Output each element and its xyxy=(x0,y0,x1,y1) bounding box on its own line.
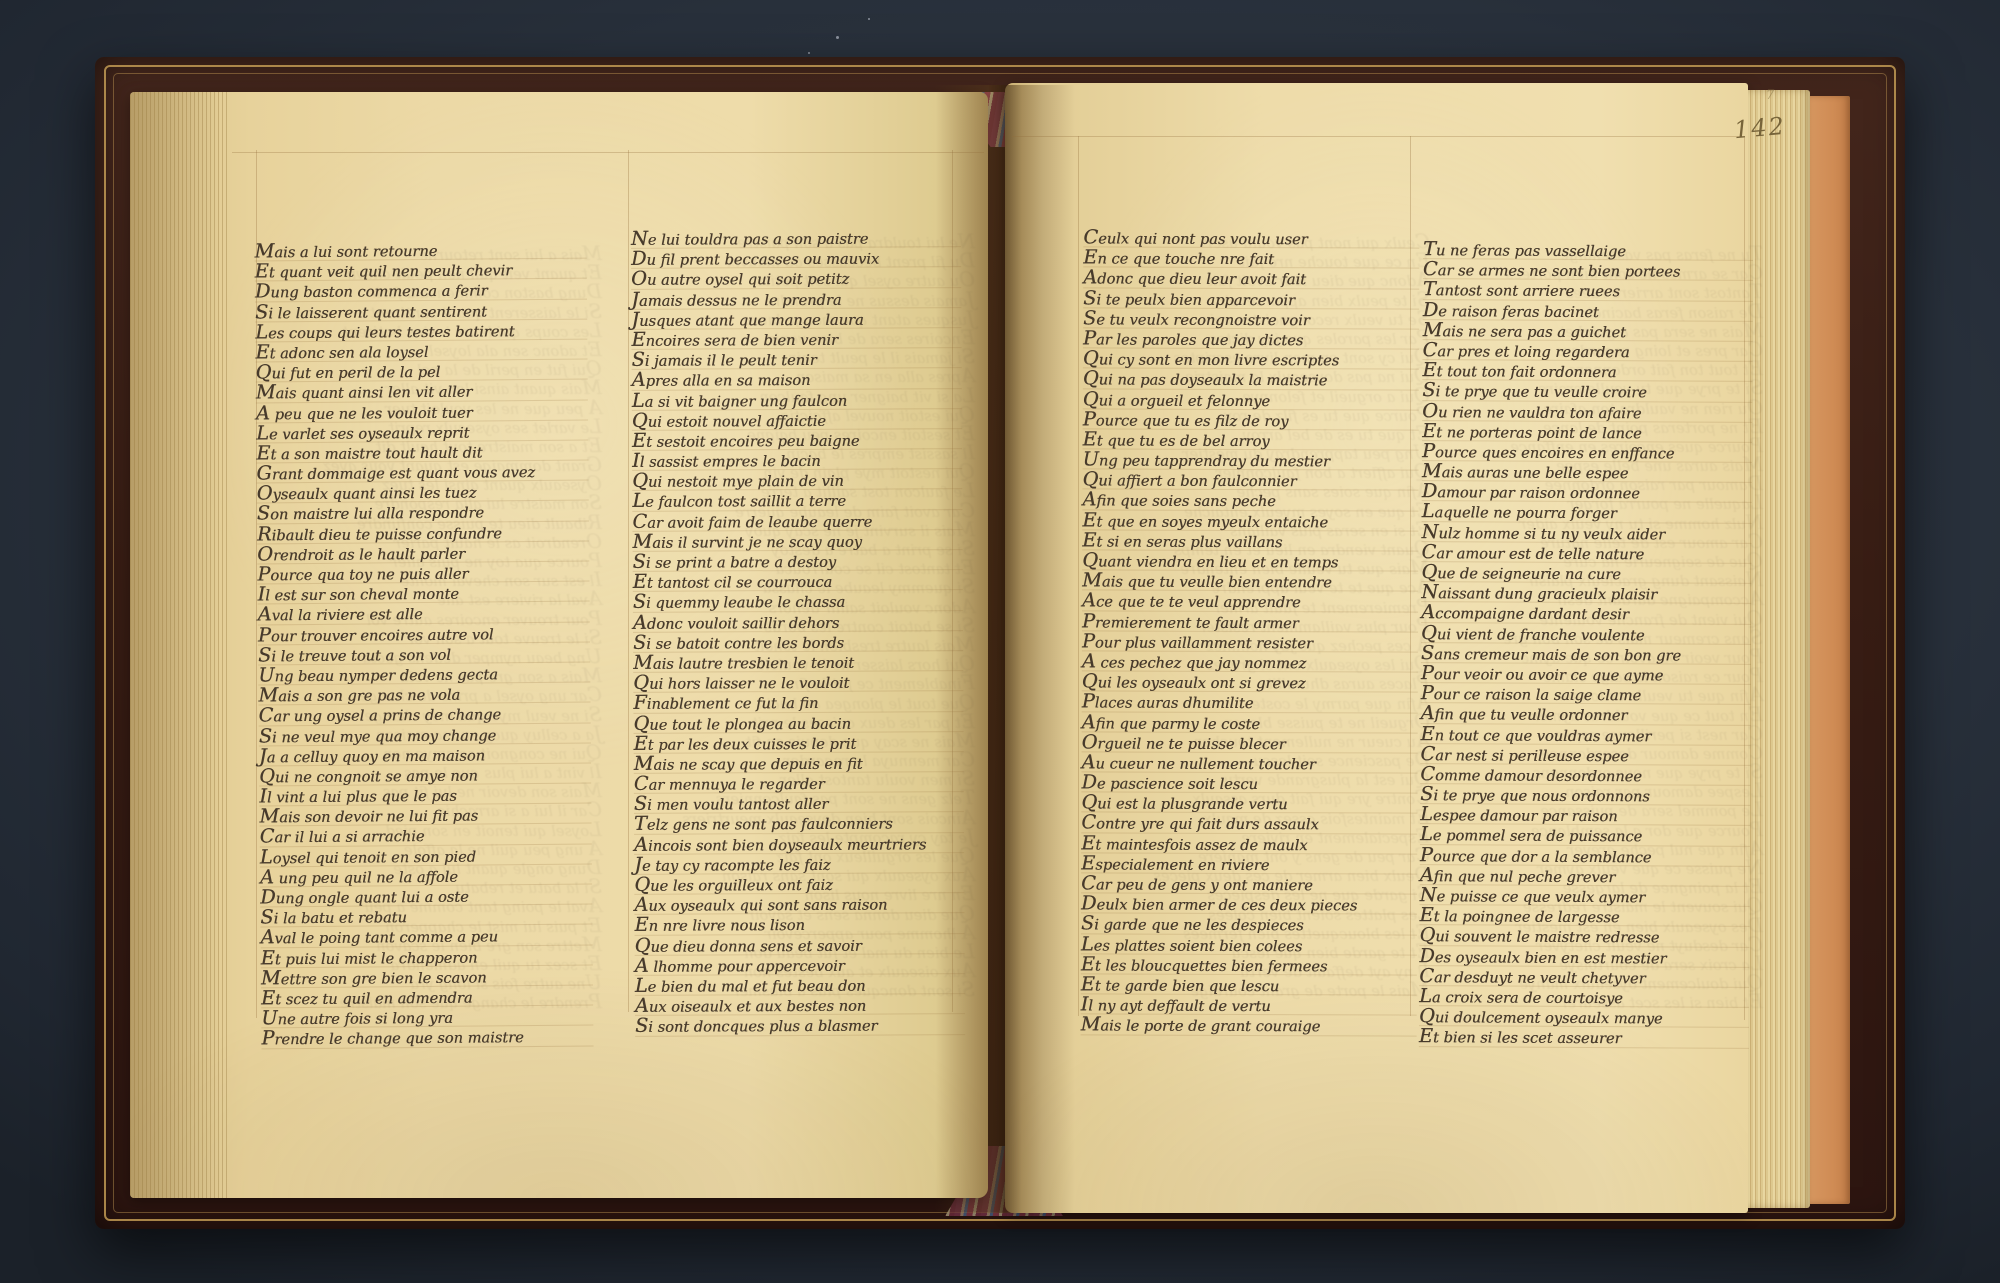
manuscript-line: Car se armes ne sont bien portees xyxy=(1423,259,1753,281)
manuscript-line: Qui souvent le maistre redresse xyxy=(1419,926,1749,948)
manuscript-line: A peu que ne les vouloit tuer xyxy=(256,400,588,423)
manuscript-line: Et a son maistre tout hault dit xyxy=(256,440,588,463)
manuscript-line: Il ny ayt deffault de vertu xyxy=(1081,995,1417,1016)
manuscript-line: Mais que tu veulle bien entendre xyxy=(1082,571,1418,592)
manuscript-line: Qui estoit nouvel affaictie xyxy=(632,409,962,431)
manuscript-line: Pource ques encoires en enffance xyxy=(1422,441,1752,463)
text-column-4: Tu ne feras pas vassellaigeCar se armes … xyxy=(1419,239,1753,1048)
manuscript-line: En nre livre nous lison xyxy=(634,914,964,936)
manuscript-line: Orgueil ne te puisse blecer xyxy=(1082,732,1418,753)
corner-mark: 7 xyxy=(1766,88,1774,103)
manuscript-line: Si le laisserent quant sentirent xyxy=(255,299,587,322)
manuscript-line: Afin que parmy le coste xyxy=(1082,712,1418,733)
manuscript-line: Ou rien ne vauldra ton afaire xyxy=(1422,401,1752,423)
manuscript-line: Encoires sera de bien venir xyxy=(631,328,961,350)
manuscript-line: Et quant veit quil nen peult chevir xyxy=(255,259,587,282)
manuscript-line: Aincois sont bien doyseaulx meurtriers xyxy=(634,833,964,855)
manuscript-line: Damour par raison ordonnee xyxy=(1422,481,1752,503)
photo-background: Mais a lui sont retourneEt quant veit qu… xyxy=(0,0,2000,1283)
manuscript-line: Car amour est de telle nature xyxy=(1421,542,1751,564)
text-column-3: Ceulx qui nont pas voulu userEn ce que t… xyxy=(1081,227,1420,1036)
manuscript-line: Si te peulx bien apparcevoir xyxy=(1083,288,1419,309)
manuscript-line: Et que en soyes myeulx entaiche xyxy=(1082,510,1418,531)
manuscript-line: Accompaigne dardant desir xyxy=(1421,603,1751,625)
manuscript-line: Ung peu tapprendray du mestier xyxy=(1083,449,1419,470)
manuscript-line: Laquelle ne pourra forger xyxy=(1422,502,1752,524)
manuscript-line: Le pommel sera de puissance xyxy=(1420,825,1750,847)
dust-speck xyxy=(808,52,810,54)
manuscript-line: En ce que touche nre fait xyxy=(1083,248,1419,269)
manuscript-line: Que les orguilleux ont faiz xyxy=(634,873,964,895)
manuscript-line: Naissant dung gracieulx plaisir xyxy=(1421,582,1751,604)
manuscript-line: Du fil prent beccasses ou mauvix xyxy=(631,247,961,269)
manuscript-line: Si quemmy leaube le chassa xyxy=(633,591,963,613)
manuscript-line: Afin que nul peche grever xyxy=(1420,865,1750,887)
manuscript-line: Mais il survint je ne scay quoy xyxy=(632,530,962,552)
manuscript-line: Tantost sont arriere ruees xyxy=(1423,280,1753,302)
manuscript-line: Adonc que dieu leur avoit fait xyxy=(1083,268,1419,289)
text-column-2: Ne lui touldra pas a son paistreDu fil p… xyxy=(631,227,965,1036)
manuscript-line: Afin que soies sans peche xyxy=(1082,490,1418,511)
manuscript-line: Le faulcon tost saillit a terre xyxy=(632,490,962,512)
manuscript-line: Mais son devoir ne lui fit pas xyxy=(259,804,591,827)
manuscript-line: Car avoit faim de leaube querre xyxy=(632,510,962,532)
manuscript-line: Mais ne scay que depuis en fit xyxy=(634,752,964,774)
manuscript-line: De pascience soit lescu xyxy=(1081,772,1417,793)
manuscript-line: Qui cy sont en mon livre escriptes xyxy=(1083,349,1419,370)
manuscript-line: Se tu veulx recongnoistre voir xyxy=(1083,308,1419,329)
manuscript-line: Pour ce raison la saige clame xyxy=(1421,683,1751,705)
flyleaf-orange xyxy=(1810,96,1850,1204)
manuscript-line: Qui na pas doyseaulx la maistrie xyxy=(1083,369,1419,390)
manuscript-line: De raison feras bacinet xyxy=(1423,300,1753,322)
manuscript-line: Si te prye que nous ordonnons xyxy=(1420,784,1750,806)
ruling-line-horizontal xyxy=(232,152,984,153)
ruling-line-vertical xyxy=(1078,136,1079,1016)
manuscript-line: Si se print a batre a destoy xyxy=(633,550,963,572)
manuscript-line: Prendre le change que son maistre xyxy=(261,1026,593,1049)
manuscript-line: Je tay cy racompte les faiz xyxy=(634,853,964,875)
manuscript-line: Mais a son gre pas ne vola xyxy=(258,683,590,706)
manuscript-line: Si men voulu tantost aller xyxy=(634,792,964,814)
manuscript-line: Mais ne sera pas a guichet xyxy=(1423,320,1753,342)
manuscript-line: En tout ce que vouldras aymer xyxy=(1420,724,1750,746)
manuscript-line: Jamais dessus ne le prendra xyxy=(631,288,961,310)
manuscript-line: Finablement ce fut la fin xyxy=(633,691,963,713)
manuscript-line: Et te garde bien que lescu xyxy=(1081,974,1417,995)
manuscript-line: Et les bloucquettes bien fermees xyxy=(1081,954,1417,975)
manuscript-line: Mais le porte de grant couraige xyxy=(1081,1015,1417,1036)
ruling-line-vertical xyxy=(628,150,629,1012)
manuscript-line: Especialement en riviere xyxy=(1081,853,1417,874)
manuscript-line: Et maintesfois assez de maulx xyxy=(1081,833,1417,854)
dust-speck xyxy=(836,36,839,39)
manuscript-line: Aux oyseaulx qui sont sans raison xyxy=(634,893,964,915)
manuscript-line: Le varlet ses oyseaulx reprit xyxy=(256,420,588,443)
manuscript-line: Que de seigneurie na cure xyxy=(1421,562,1751,584)
manuscript-line: Tu ne feras pas vassellaige xyxy=(1423,239,1753,261)
manuscript-line: Si ne veul mye qua moy change xyxy=(259,723,591,746)
manuscript-line: Comme damour desordonnee xyxy=(1420,764,1750,786)
manuscript-line: Qui doulcement oyseaulx manye xyxy=(1419,1006,1749,1028)
manuscript-line: Car ung oysel a prins de change xyxy=(259,703,591,726)
manuscript-line: Et par les deux cuisses le prit xyxy=(634,732,964,754)
manuscript-line: Ou autre oysel qui soit petitz xyxy=(631,268,961,290)
manuscript-line: Et si en seras plus vaillans xyxy=(1082,530,1418,551)
manuscript-line: Qui vient de franche voulente xyxy=(1421,623,1751,645)
manuscript-line: La croix sera de courtoisye xyxy=(1419,986,1749,1008)
manuscript-line: Qui les oyseaulx ont si grevez xyxy=(1082,672,1418,693)
manuscript-line: Qui a orgueil et felonnye xyxy=(1083,389,1419,410)
manuscript-line: Ne lui touldra pas a son paistre xyxy=(631,227,961,249)
manuscript-line: Apres alla en sa maison xyxy=(632,368,962,390)
manuscript-line: Lespee damour par raison xyxy=(1420,804,1750,826)
manuscript-line: Qui est la plusgrande vertu xyxy=(1081,793,1417,814)
manuscript-line: Aux oiseaulx et aux bestes non xyxy=(635,994,965,1016)
page-number: 142 xyxy=(1733,112,1787,144)
manuscript-line: Et adonc sen ala loysel xyxy=(255,340,587,363)
manuscript-line: Adonc vouloit saillir dehors xyxy=(633,611,963,633)
manuscript-line: Que tout le plongea au bacin xyxy=(633,712,963,734)
manuscript-line: Il sassist empres le bacin xyxy=(632,449,962,471)
manuscript-line: Dung baston commenca a ferir xyxy=(255,279,587,302)
manuscript-line: Les plattes soient bien colees xyxy=(1081,934,1417,955)
manuscript-line: Il vint a lui plus que le pas xyxy=(259,784,591,807)
manuscript-line: Car mennuya le regarder xyxy=(634,772,964,794)
manuscript-line: Sans cremeur mais de son bon gre xyxy=(1421,643,1751,665)
manuscript-line: Premierement te fault armer xyxy=(1082,611,1418,632)
manuscript-line: Ceulx qui nont pas voulu user xyxy=(1083,227,1419,248)
manuscript-line: Si garde que ne les despieces xyxy=(1081,914,1417,935)
manuscript-line: Mais auras une belle espee xyxy=(1422,461,1752,483)
manuscript-line: Contre yre qui fait durs assaulx xyxy=(1081,813,1417,834)
manuscript-line: Places auras dhumilite xyxy=(1082,692,1418,713)
manuscript-line: Nulz homme si tu ny veulx aider xyxy=(1422,522,1752,544)
text-column-1: Mais a lui sont retourneEt quant veit qu… xyxy=(254,239,593,1049)
manuscript-line: Ne puisse ce que veulx aymer xyxy=(1420,885,1750,907)
manuscript-line: Et tout ton fait ordonnera xyxy=(1422,360,1752,382)
manuscript-line: A lhomme pour appercevoir xyxy=(635,954,965,976)
dust-speck xyxy=(868,18,870,20)
manuscript-line: Deulx bien armer de ces deux pieces xyxy=(1081,894,1417,915)
manuscript-line: Car peu de gens y ont maniere xyxy=(1081,873,1417,894)
manuscript-line: Telz gens ne sont pas faulconniers xyxy=(634,813,964,835)
manuscript-line: La si vit baigner ung faulcon xyxy=(632,389,962,411)
manuscript-line: Et tantost cil se courrouca xyxy=(633,570,963,592)
manuscript-line: Pource que dor a la semblance xyxy=(1420,845,1750,867)
manuscript-line: Qui nestoit mye plain de vin xyxy=(632,469,962,491)
manuscript-line: Si jamais il le peult tenir xyxy=(632,348,962,370)
manuscript-line: Et ne porteras point de lance xyxy=(1422,421,1752,443)
manuscript-line: Ja a celluy quoy en ma maison xyxy=(259,743,591,766)
manuscript-line: A ces pechez que jay nommez xyxy=(1082,651,1418,672)
manuscript-line: Si se batoit contre les bords xyxy=(633,631,963,653)
manuscript-line: Qui affiert a bon faulconnier xyxy=(1082,470,1418,491)
manuscript-line: Qui fut en peril de la pel xyxy=(256,360,588,383)
manuscript-line: Les coups qui leurs testes batirent xyxy=(255,319,587,342)
manuscript-line: Car desduyt ne veult chetyver xyxy=(1419,966,1749,988)
manuscript-line: Et bien si les scet asseurer xyxy=(1419,1026,1749,1048)
manuscript-line: Et la poingnee de largesse xyxy=(1420,905,1750,927)
manuscript-line: Par les paroles que jay dictes xyxy=(1083,328,1419,349)
manuscript-line: Ace que te te veul apprendre xyxy=(1082,591,1418,612)
manuscript-line: Pour veoir ou avoir ce que ayme xyxy=(1421,663,1751,685)
manuscript-line: Mais quant ainsi len vit aller xyxy=(256,380,588,403)
manuscript-line: Le bien du mal et fut beau don xyxy=(635,974,965,996)
manuscript-line: Et que tu es de bel arroy xyxy=(1083,429,1419,450)
manuscript-line: Au cueur ne nullement toucher xyxy=(1082,752,1418,773)
manuscript-line: Si te prye que tu veulle croire xyxy=(1422,380,1752,402)
manuscript-line: Jusques atant que mange laura xyxy=(631,308,961,330)
manuscript-line: Afin que tu veulle ordonner xyxy=(1421,703,1751,725)
manuscript-line: Pource que tu es filz de roy xyxy=(1083,409,1419,430)
manuscript-line: Qui ne congnoit se amye non xyxy=(259,763,591,786)
ruling-line-horizontal xyxy=(1012,136,1744,137)
manuscript-line: Pour plus vaillamment resister xyxy=(1082,631,1418,652)
manuscript-line: Mais lautre tresbien le tenoit xyxy=(633,651,963,673)
manuscript-line: Que dieu donna sens et savoir xyxy=(635,934,965,956)
manuscript-line: Si sont doncques plus a blasmer xyxy=(635,1014,965,1036)
manuscript-line: Car nest si perilleuse espee xyxy=(1420,744,1750,766)
manuscript-line: Loysel qui tenoit en son pied xyxy=(260,844,592,867)
manuscript-line: Car pres et loing regardera xyxy=(1422,340,1752,362)
manuscript-line: Qui hors laisser ne le vouloit xyxy=(633,671,963,693)
manuscript-line: Quant viendra en lieu et en temps xyxy=(1082,550,1418,571)
manuscript-line: Et sestoit encoires peu baigne xyxy=(632,429,962,451)
manuscript-line: Car il lui a si arrachie xyxy=(260,824,592,847)
manuscript-line: Des oyseaulx bien en est mestier xyxy=(1419,946,1749,968)
